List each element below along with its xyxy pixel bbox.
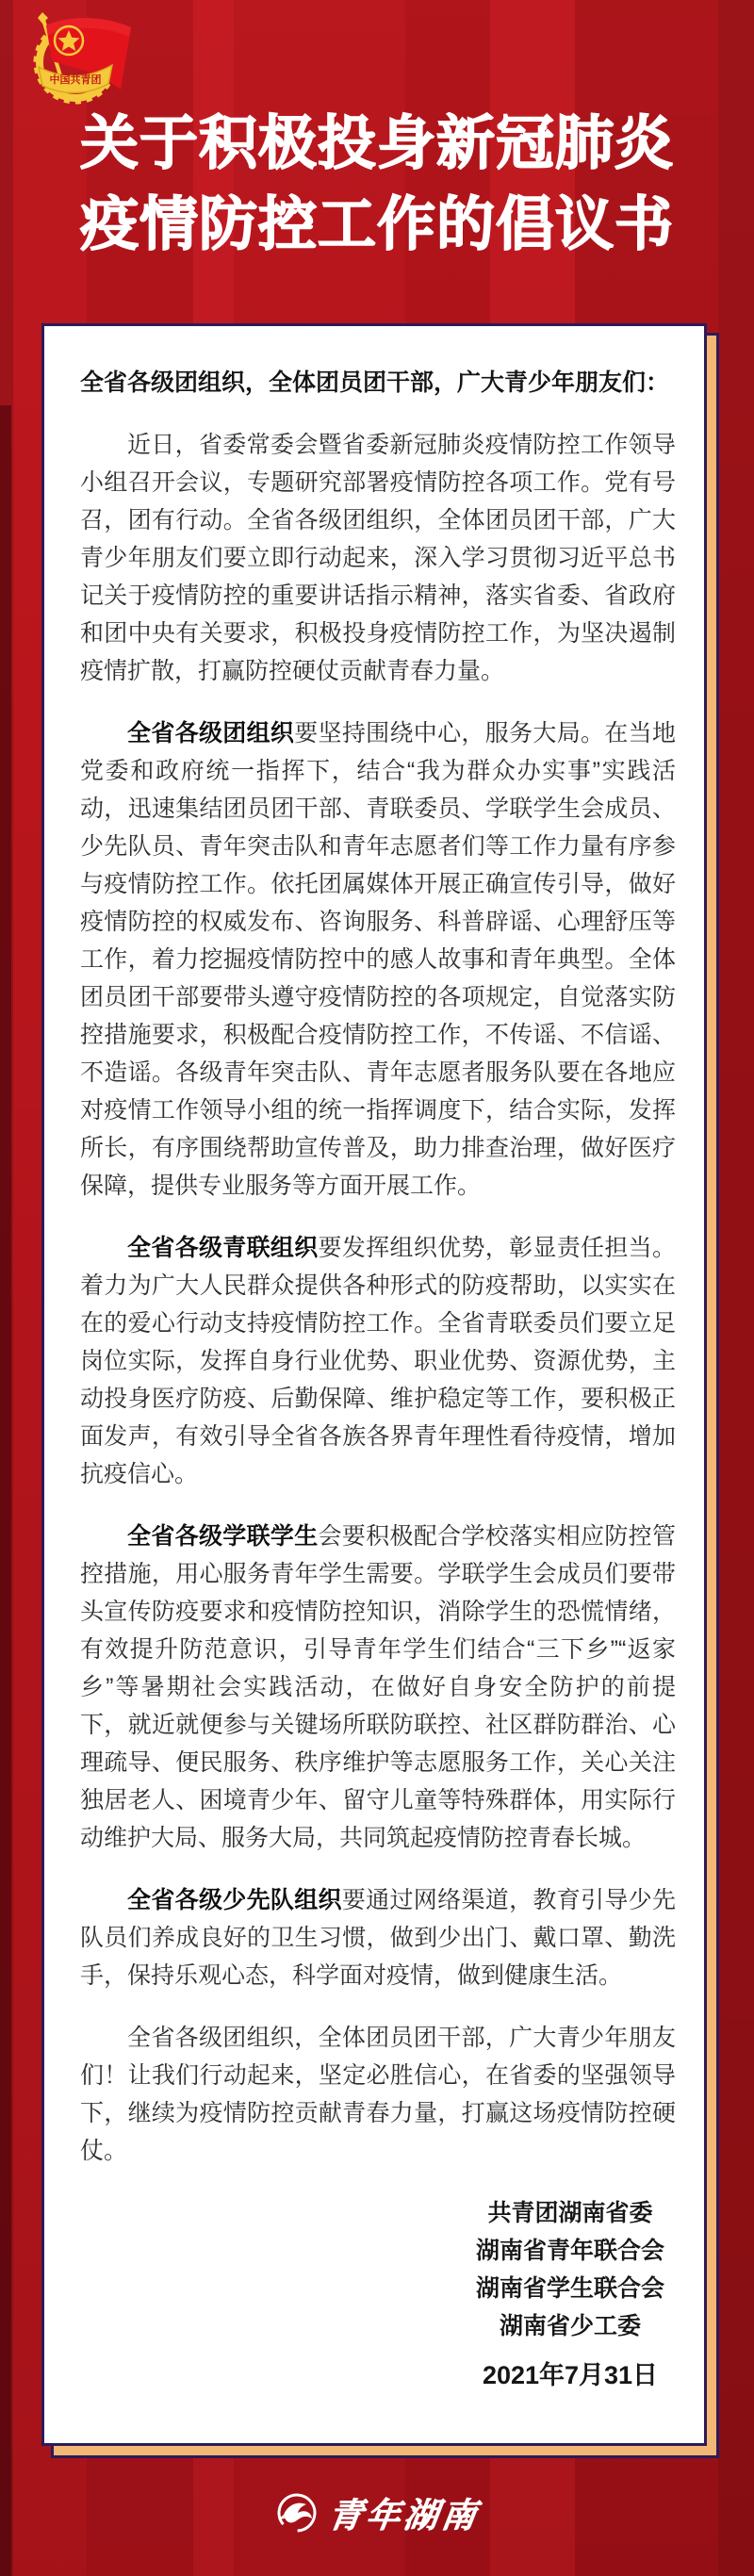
letter-paragraph: 全省各级团组织要坚持围绕中心，服务大局。在当地党委和政府统一指挥下，结合“我为群…	[80, 714, 676, 1205]
letter-card: 全省各级团组织，全体团员团干部，广大青少年朋友们： 近日，省委常委会暨省委新冠肺…	[41, 323, 707, 2446]
letter-salutation: 全省各级团组织，全体团员团干部，广大青少年朋友们：	[80, 364, 676, 402]
paragraph-text: 近日，省委常委会暨省委新冠肺炎疫情防控工作领导小组召开会议，专题研究部署疫情防控…	[80, 432, 676, 684]
paragraph-lead: 全省各级少先队组织	[127, 1887, 342, 1913]
signature-org: 共青团湖南省委	[465, 2194, 676, 2232]
paragraph-text: 会要积极配合学校落实相应防控管控措施，用心服务青年学生需要。学联学生会成员们要带…	[80, 1523, 676, 1851]
signature-block: 共青团湖南省委 湖南省青年联合会 湖南省学生联合会 湖南省少工委 2021年7月…	[465, 2194, 676, 2394]
youth-hunan-bird-logo-icon	[274, 2490, 320, 2535]
paragraph-lead: 全省各级团组织	[127, 720, 294, 747]
paragraph-text: 要坚持围绕中心，服务大局。在当地党委和政府统一指挥下，结合“我为群众办实事”实践…	[80, 720, 676, 1199]
footer-brand-text: 青年湖南	[325, 2489, 483, 2537]
paragraph-text: 要发挥组织优势，彰显责任担当。着力为广大人民群众提供各种形式的防疫帮助，以实实在…	[80, 1235, 676, 1487]
letter-paragraph: 全省各级团组织，全体团员团干部，广大青少年朋友们！让我们行动起来，坚定必胜信心，…	[80, 2019, 676, 2170]
signature-org: 湖南省少工委	[465, 2307, 676, 2345]
paragraph-lead: 全省各级学联学生	[127, 1523, 319, 1550]
epidemic-proposal-poster: 中国共青团 关于积极投身新冠肺炎 疫情防控工作的倡议书 全省各级团组织，全体团员…	[0, 0, 754, 2576]
emblem-graphic: 中国共青团	[14, 5, 139, 116]
signature-org: 湖南省学生联合会	[465, 2270, 676, 2307]
paragraph-lead: 全省各级青联组织	[127, 1235, 319, 1261]
poster-title-line1: 关于积极投身新冠肺炎	[80, 104, 683, 185]
emblem-banner-text: 中国共青团	[50, 73, 102, 86]
background-shade	[0, 405, 11, 2576]
letter-paragraph: 近日，省委常委会暨省委新冠肺炎疫情防控工作领导小组召开会议，专题研究部署疫情防控…	[80, 426, 676, 690]
communist-youth-league-emblem-icon: 中国共青团	[14, 5, 139, 116]
footer-brand: 青年湖南	[0, 2485, 754, 2541]
poster-title-line2: 疫情防控工作的倡议书	[80, 185, 683, 266]
letter-paragraph: 全省各级青联组织要发挥组织优势，彰显责任担当。着力为广大人民群众提供各种形式的防…	[80, 1229, 676, 1493]
letter-paragraph: 全省各级学联学生会要积极配合学校落实相应防控管控措施，用心服务青年学生需要。学联…	[80, 1518, 676, 1857]
signature-org: 湖南省青年联合会	[465, 2232, 676, 2270]
signature-date: 2021年7月31日	[465, 2356, 676, 2394]
paragraph-text: 全省各级团组织，全体团员团干部，广大青少年朋友们！让我们行动起来，坚定必胜信心，…	[80, 2025, 676, 2164]
letter-paragraph: 全省各级少先队组织要通过网络渠道，教育引导少先队员们养成良好的卫生习惯，做到少出…	[80, 1881, 676, 1994]
poster-title: 关于积极投身新冠肺炎 疫情防控工作的倡议书	[80, 104, 683, 266]
